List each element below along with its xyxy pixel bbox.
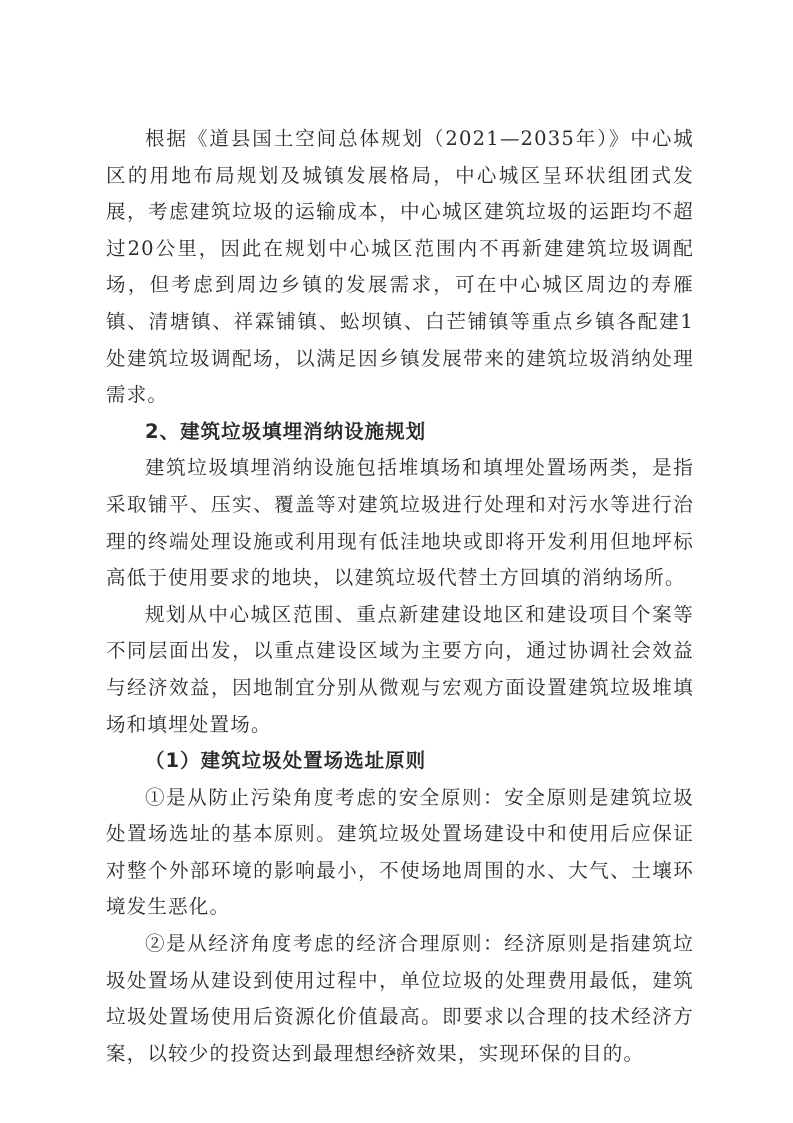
paragraph-urban-area-layout: 根据《道县国土空间总体规划（2021—2035年）》中心城区的用地布局规划及城镇… <box>106 121 694 414</box>
page-number: 40 <box>0 1046 793 1059</box>
page-body: 根据《道县国土空间总体规划（2021—2035年）》中心城区的用地布局规划及城镇… <box>106 121 694 1072</box>
section-heading-landfill-planning: 2、建筑垃圾填埋消纳设施规划 <box>106 414 694 451</box>
paragraph-landfill-definition: 建筑垃圾填埋消纳设施包括堆填场和填埋处置场两类，是指采取铺平、压实、覆盖等对建筑… <box>106 450 694 596</box>
subsection-heading-site-principles: （1）建筑垃圾处置场选址原则 <box>106 743 694 780</box>
paragraph-planning-approach: 规划从中心城区范围、重点新建建设地区和建设项目个案等不同层面出发，以重点建设区域… <box>106 597 694 743</box>
paragraph-safety-principle: ①是从防止污染角度考虑的安全原则：安全原则是建筑垃圾处置场选址的基本原则。建筑垃… <box>106 780 694 926</box>
